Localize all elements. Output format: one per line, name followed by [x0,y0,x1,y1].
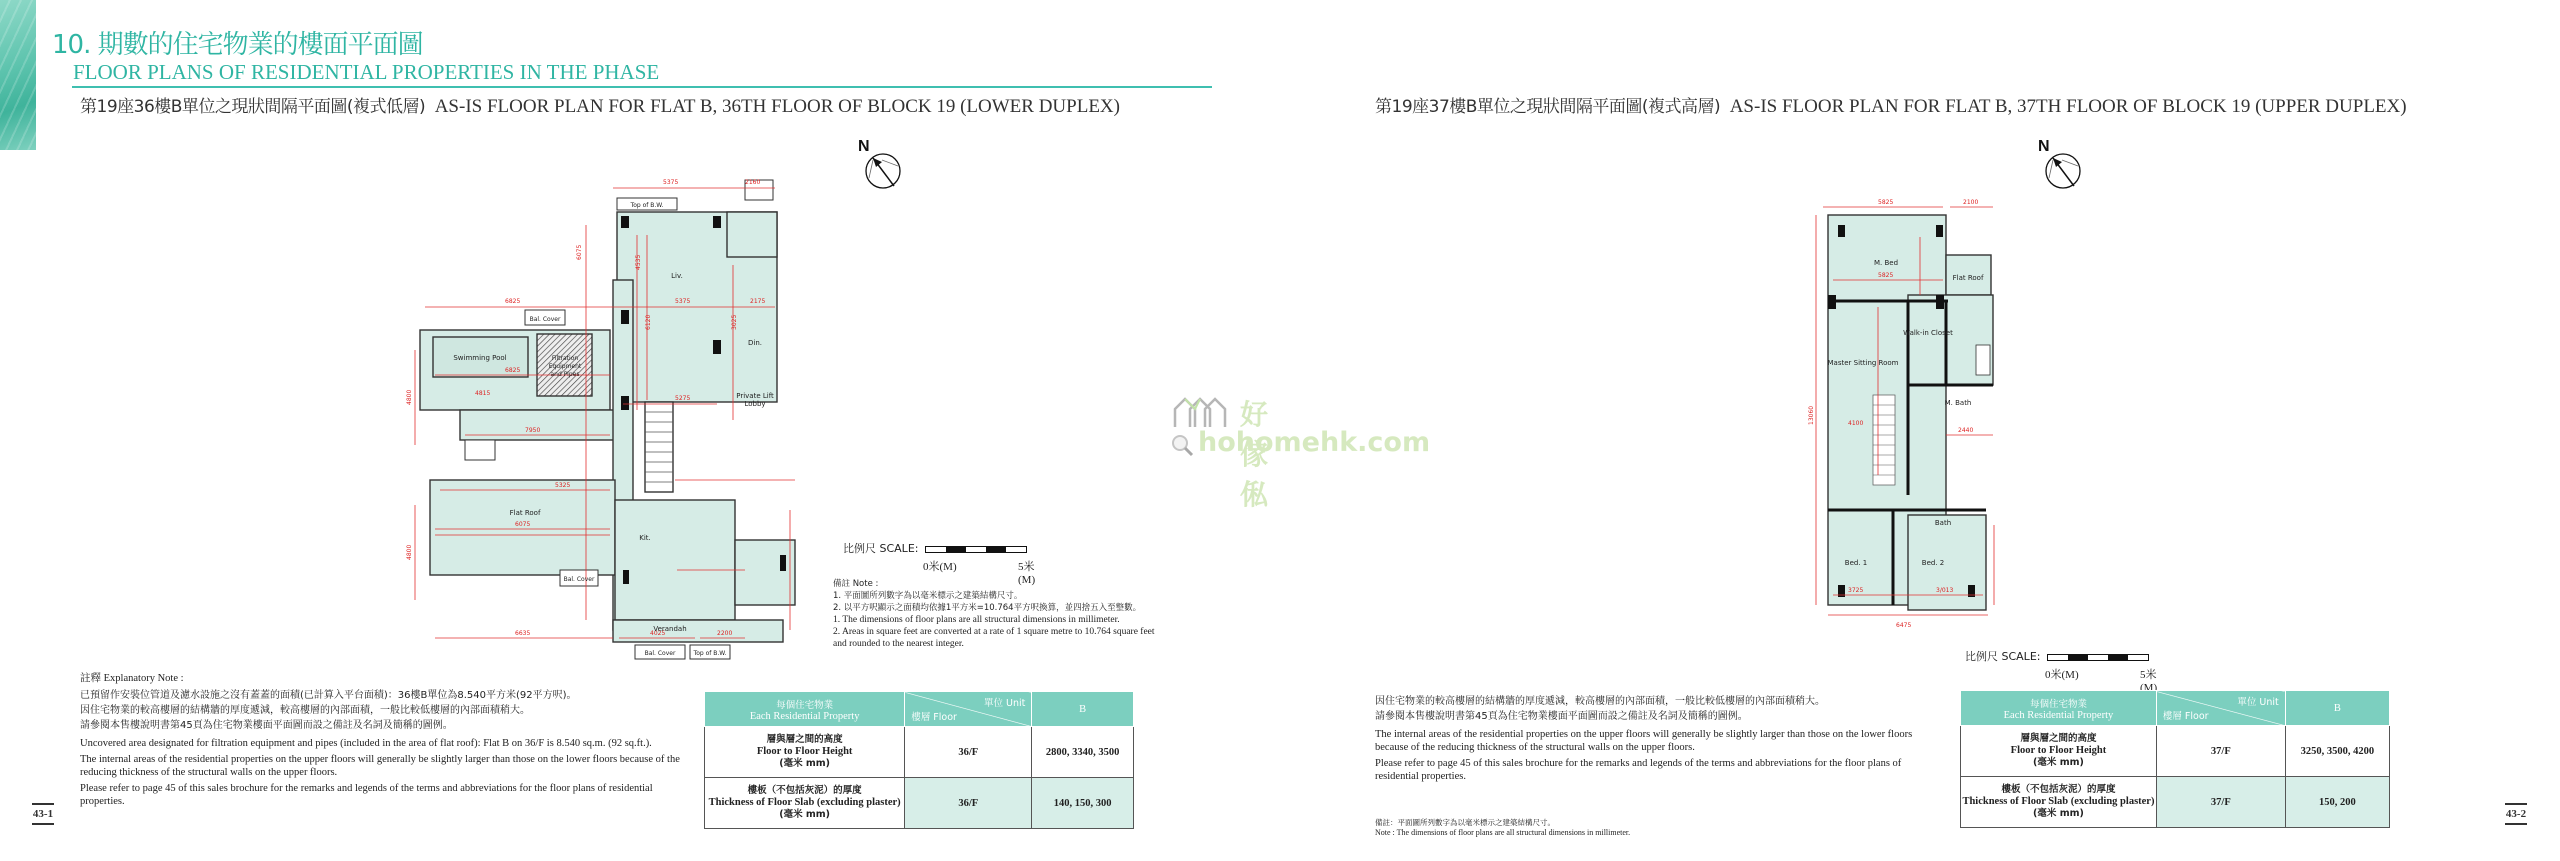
svg-text:5325: 5325 [555,482,570,489]
svg-text:5825: 5825 [1878,199,1893,206]
left-plan-title: 第19座36樓B單位之現狀間隔平面圖(複式低層) AS-IS FLOOR PLA… [80,92,1120,118]
svg-text:4800: 4800 [406,390,413,405]
scale-start: 0米(M) [2045,666,2079,682]
explanatory-en-2: The internal areas of the residential pr… [80,753,680,779]
svg-text:Bath: Bath [1935,519,1951,527]
svg-text:7950: 7950 [525,427,540,434]
svg-text:Master Sitting Room: Master Sitting Room [1828,359,1899,367]
scale-bar [925,546,1027,553]
svg-text:3025: 3025 [731,315,738,330]
row-label: 樓板（不包括灰泥）的厚度 Thickness of Floor Slab (ex… [1961,777,2157,828]
right-north-compass: N [2038,138,2084,198]
page-number-right: 43-2 [2503,800,2529,828]
section-title-zh: 10. 期數的住宅物業的樓面平面圖 [52,30,659,60]
note-zh-2: 2. 以平方呎顯示之面積均依據1平方米=10.764平方呎換算，並四捨五入至整數… [833,602,1163,614]
left-plan-notes: 備註 Note : 1. 平面圖所列數字為以毫米標示之建築結構尺寸。 2. 以平… [833,578,1163,650]
right-scale: 比例尺 SCALE: 0米(M) 5米(M) [1965,648,2149,678]
svg-text:5375: 5375 [663,179,678,186]
svg-text:3/013: 3/013 [1936,587,1953,594]
svg-text:M. Bath: M. Bath [1945,399,1972,407]
watermark-site: hohomehk.com [1198,427,1430,458]
svg-text:Swimming Pool: Swimming Pool [453,354,506,362]
row-label: 層與層之間的高度 Floor to Floor Height (毫米 mm) [705,727,905,778]
svg-text:2160: 2160 [745,179,760,186]
svg-text:and Pipes: and Pipes [551,371,580,378]
explanatory-en-1: Uncovered area designated for filtration… [80,737,680,750]
svg-text:Bal. Cover: Bal. Cover [564,576,595,583]
svg-text:4100: 4100 [1848,420,1863,427]
right-plan-title: 第19座37樓B單位之現狀間隔平面圖(複式高層) AS-IS FLOOR PLA… [1375,92,2407,118]
explanatory-zh-1: 已預留作安裝位管道及濾水設施之沒有蓋蓋的面積(已計算入平台面積)：36樓B單位為… [80,688,680,703]
notes-heading: 備註 Note : [833,578,1163,590]
svg-text:4800: 4800 [406,545,413,560]
svg-text:Top of B.W.: Top of B.W. [693,650,727,657]
svg-text:Equipment: Equipment [549,363,582,370]
explanatory-zh-3: 請參閱本售樓說明書第45頁為住宅物業樓面平面圖而設之備註及名詞及簡稱的圖例。 [80,718,680,733]
col-property-header: 每個住宅物業 Each Residential Property [705,692,905,727]
scale-label: 比例尺 SCALE: [843,542,918,555]
note-en-1: 1. The dimensions of floor plans are all… [833,614,1163,626]
explanatory-en-3: Please refer to page 45 of this sales br… [80,782,680,808]
watermark: 好傢俬 hohomehk.com [1170,395,1240,434]
explanatory-en-1: The internal areas of the residential pr… [1375,728,1935,754]
svg-text:Private Lift: Private Lift [736,392,774,400]
svg-text:2440: 2440 [1958,427,1973,434]
col-unit-floor-header: 單位 Unit 樓層 Floor [2156,691,2285,726]
svg-text:6635: 6635 [515,630,530,637]
explanatory-zh-2: 請參閱本售樓說明書第45頁為住宅物業樓面平面圖而設之備註及名詞及簡稱的圖例。 [1375,709,1935,724]
svg-text:Bal. Cover: Bal. Cover [530,316,561,323]
svg-text:Bed. 1: Bed. 1 [1845,559,1867,567]
row-floor: 36/F [905,778,1032,829]
row-value: 3250, 3500, 4200 [2285,726,2389,777]
svg-text:2200: 2200 [717,630,732,637]
svg-text:Top of B.W.: Top of B.W. [630,202,664,209]
explanatory-zh-1: 因住宅物業的較高樓層的結構牆的厚度遞減，較高樓層的內部面積，一般比較低樓層的內部… [1375,694,1935,709]
note-zh-1: 1. 平面圖所列數字為以毫米標示之建築結構尺寸。 [833,590,1163,602]
svg-text:Lobby: Lobby [744,400,765,408]
svg-text:13060: 13060 [1808,406,1815,425]
svg-text:M. Bed: M. Bed [1874,259,1898,267]
bottom-note-en: Note : The dimensions of floor plans are… [1375,828,1630,838]
scale-start: 0米(M) [923,558,957,574]
col-unit-b-header: B [2285,691,2389,726]
left-scale: 比例尺 SCALE: 0米(M) 5米(M) [843,540,1027,570]
svg-text:Flat Roof: Flat Roof [510,509,541,517]
svg-text:Bed. 2: Bed. 2 [1922,559,1944,567]
right-bottom-note: 備註：平面圖所列數字為以毫米標示之建築結構尺寸。 Note : The dime… [1375,818,1630,838]
svg-text:Din.: Din. [748,339,762,347]
svg-text:4535: 4535 [635,255,642,270]
row-floor: 36/F [905,727,1032,778]
table-row: 樓板（不包括灰泥）的厚度 Thickness of Floor Slab (ex… [705,778,1134,829]
scale-label: 比例尺 SCALE: [1965,650,2040,663]
svg-text:6075: 6075 [576,245,583,260]
col-property-header: 每個住宅物業 Each Residential Property [1961,691,2157,726]
section-title-en: FLOOR PLANS OF RESIDENTIAL PROPERTIES IN… [73,60,659,84]
svg-text:5275: 5275 [675,395,690,402]
row-label: 樓板（不包括灰泥）的厚度 Thickness of Floor Slab (ex… [705,778,905,829]
left-north-compass: N [858,138,904,198]
row-value: 150, 200 [2285,777,2389,828]
svg-text:Flat Roof: Flat Roof [1953,274,1984,282]
svg-text:6475: 6475 [1896,622,1911,629]
left-floor-plan: 53752160 682553752175 6075 4535 6120 302… [395,160,825,660]
svg-text:5375: 5375 [675,298,690,305]
table-row: 層與層之間的高度 Floor to Floor Height (毫米 mm) 3… [1961,726,2390,777]
svg-text:5825: 5825 [1878,272,1893,279]
svg-text:Filtration: Filtration [552,355,579,362]
decorative-side-band [0,0,36,150]
header-divider [72,86,1212,88]
explanatory-zh-2: 因住宅物業的較高樓層的結構牆的厚度遞減，較高樓層的內部面積，一般比較低樓層的內部… [80,703,680,718]
right-plan-title-zh: 第19座37樓B單位之現狀間隔平面圖(複式高層) [1375,97,1720,117]
right-explanatory-note: 因住宅物業的較高樓層的結構牆的厚度遞減，較高樓層的內部面積，一般比較低樓層的內部… [1375,694,1935,786]
left-plan-title-zh: 第19座36樓B單位之現狀間隔平面圖(複式低層) [80,97,425,117]
row-value: 140, 150, 300 [1032,778,1134,829]
svg-text:6825: 6825 [505,298,520,305]
right-plan-title-en: AS-IS FLOOR PLAN FOR FLAT B, 37TH FLOOR … [1730,96,2407,117]
left-explanatory-note: 註釋 Explanatory Note : 已預留作安裝位管道及濾水設施之沒有蓋… [80,672,680,811]
left-plan-title-en: AS-IS FLOOR PLAN FOR FLAT B, 36TH FLOOR … [435,96,1120,117]
right-floor-plan: 58252100 13060 6475 5825 4100 2440 37253… [1808,195,2008,655]
svg-text:Kit.: Kit. [639,534,651,542]
explanatory-heading: 註釋 Explanatory Note : [80,672,680,685]
svg-text:4815: 4815 [475,390,490,397]
magnifier-icon [1170,433,1194,457]
row-floor: 37/F [2156,777,2285,828]
compass-icon [2044,152,2082,190]
compass-icon [864,152,902,190]
section-header: 10. 期數的住宅物業的樓面平面圖 FLOOR PLANS OF RESIDEN… [52,30,659,84]
svg-text:3725: 3725 [1848,587,1863,594]
col-unit-floor-header: 單位 Unit 樓層 Floor [905,692,1032,727]
svg-text:Walk-in Closet: Walk-in Closet [1903,329,1953,337]
bottom-note-zh: 備註：平面圖所列數字為以毫米標示之建築結構尺寸。 [1375,818,1630,828]
row-value: 2800, 3340, 3500 [1032,727,1134,778]
note-en-2: 2. Areas in square feet are converted at… [833,626,1163,650]
col-unit-b-header: B [1032,692,1134,727]
svg-text:6825: 6825 [505,367,520,374]
svg-text:2100: 2100 [1963,199,1978,206]
row-label: 層與層之間的高度 Floor to Floor Height (毫米 mm) [1961,726,2157,777]
left-spec-table: 每個住宅物業 Each Residential Property 單位 Unit… [704,691,1134,829]
right-spec-table: 每個住宅物業 Each Residential Property 單位 Unit… [1960,690,2390,828]
svg-text:Verandah: Verandah [653,625,686,633]
svg-text:2175: 2175 [750,298,765,305]
row-floor: 37/F [2156,726,2285,777]
scale-bar [2047,654,2149,661]
explanatory-en-2: Please refer to page 45 of this sales br… [1375,757,1935,783]
svg-text:6075: 6075 [515,521,530,528]
svg-text:Liv.: Liv. [671,272,683,280]
house-logo-icon [1170,395,1240,429]
page-number-left: 43-1 [30,800,56,828]
svg-text:Bal. Cover: Bal. Cover [645,650,676,657]
svg-text:6120: 6120 [645,315,652,330]
table-row: 層與層之間的高度 Floor to Floor Height (毫米 mm) 3… [705,727,1134,778]
table-row: 樓板（不包括灰泥）的厚度 Thickness of Floor Slab (ex… [1961,777,2390,828]
